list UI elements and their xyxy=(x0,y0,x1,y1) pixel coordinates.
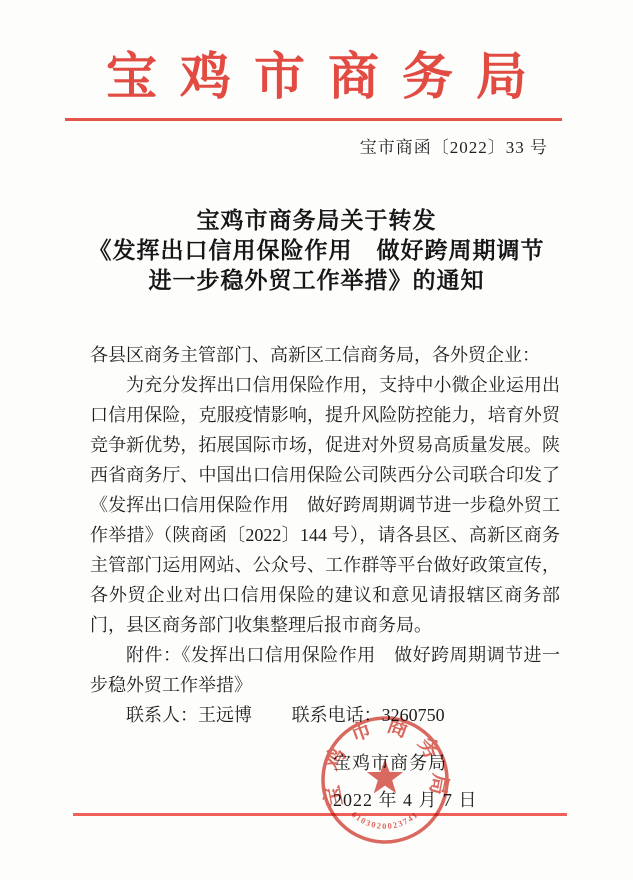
notice-title-line: 进一步稳外贸工作举措》的通知 xyxy=(0,266,633,296)
document-page: 宝鸡市商务局 宝市商函〔2022〕33 号 宝鸡市商务局关于转发 《发挥出口信用… xyxy=(0,0,633,880)
seal-code-text: 6103020023741 xyxy=(350,809,421,831)
letterhead-agency-title: 宝鸡市商务局 xyxy=(106,50,550,106)
official-seal-stamp: 宝鸡市商务局 6103020023741 xyxy=(315,710,455,850)
document-body: 各县区商务主管部门、高新区工信商务局，各外贸企业： 为充分发挥出口信用保险作用，… xyxy=(90,340,560,730)
document-reference-number: 宝市商函〔2022〕33 号 xyxy=(360,133,548,158)
letterhead-red-divider xyxy=(65,118,562,121)
salutation-line: 各县区商务主管部门、高新区工信商务局，各外贸企业： xyxy=(90,340,560,370)
notice-title-line: 宝鸡市商务局关于转发 xyxy=(0,206,633,236)
notice-title-line: 《发挥出口信用保险作用 做好跨周期调节 xyxy=(0,236,633,266)
star-icon xyxy=(367,759,403,793)
notice-title: 宝鸡市商务局关于转发 《发挥出口信用保险作用 做好跨周期调节 进一步稳外贸工作举… xyxy=(0,206,633,296)
contact-person: 联系人：王远博 xyxy=(126,705,252,725)
attachment-line: 附件：《发挥出口信用保险作用 做好跨周期调节进一步稳外贸工作举措》 xyxy=(90,640,560,700)
main-paragraph: 为充分发挥出口信用保险作用，支持中小微企业运用出口信用保险，克服疫情影响，提升风… xyxy=(90,370,560,640)
